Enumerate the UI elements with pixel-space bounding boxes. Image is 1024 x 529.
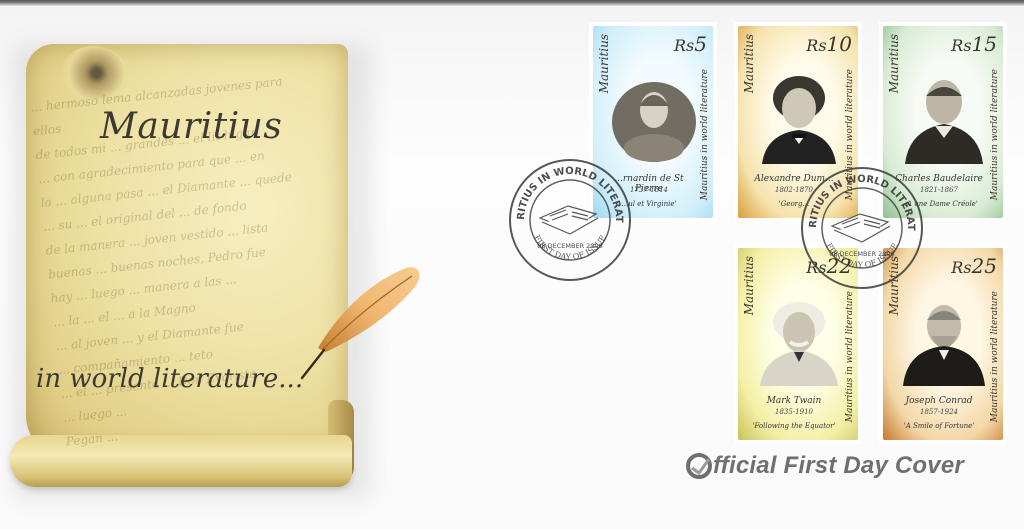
stamp-10-rupees: MauritiusRs10Mauritius in world literatu… — [734, 22, 862, 222]
stamp-artwork: MauritiusRs15Mauritius in world literatu… — [883, 26, 1003, 218]
stamp-currency: Rs — [806, 36, 826, 55]
stamp-author-years: 1835-1910 — [746, 408, 842, 416]
scroll-title: Mauritius — [100, 106, 282, 147]
fdc-title-text: fficial First Day Cover — [713, 452, 964, 480]
scroll-subtitle: in world literature... — [36, 364, 303, 394]
quill-pen-icon — [296, 262, 426, 382]
stamp-artwork: MauritiusRs10Mauritius in world literatu… — [738, 26, 858, 218]
stamp-author-years: 1857-1924 — [891, 408, 987, 416]
stamp-denomination: 22 — [827, 254, 852, 278]
stamp-25-rupees: MauritiusRs25Mauritius in world literatu… — [879, 244, 1007, 444]
stamp-side-text: Mauritius in world literature — [845, 291, 855, 422]
stamp-author-name: Charles Baudelaire — [891, 174, 987, 184]
portrait-beard-icon — [899, 286, 989, 386]
stamp-denomination: 15 — [972, 32, 997, 56]
stamp-value: Rs25 — [951, 254, 997, 278]
portrait-bald-cravat-icon — [899, 64, 989, 164]
stamp-author-years: 1737-1814 — [601, 186, 697, 194]
stamp-artwork: MauritiusRs5Mauritius in world literatur… — [593, 26, 713, 218]
stamp-5-rupees: MauritiusRs5Mauritius in world literatur… — [589, 22, 717, 222]
stamp-work-title: 'Following the Equator' — [746, 422, 842, 430]
stamp-denomination: 5 — [694, 32, 707, 56]
stamp-side-text: Mauritius in world literature — [990, 69, 1000, 200]
stamp-currency: Rs — [674, 36, 694, 55]
fdc-o-logo-icon — [686, 453, 712, 479]
stamp-side-text: Mauritius in world literature — [845, 69, 855, 200]
stamp-denomination: 25 — [972, 254, 997, 278]
official-first-day-cover-title: fficial First Day Cover — [686, 452, 964, 480]
stamp-work-title: ...A une Dame Créole' — [891, 200, 987, 208]
stamp-value: Rs5 — [674, 32, 707, 56]
stamp-15-rupees: MauritiusRs15Mauritius in world literatu… — [879, 22, 1007, 222]
stamp-value: Rs10 — [806, 32, 852, 56]
stamp-value: Rs15 — [951, 32, 997, 56]
stamp-author-name: Alexandre Dum... — [746, 174, 842, 184]
stamp-author-years: 1821-1867 — [891, 186, 987, 194]
portrait-curly-hair-icon — [754, 64, 844, 164]
stamp-author-years: 1802-1870 — [746, 186, 842, 194]
stamp-artwork: MauritiusRs25Mauritius in world literatu… — [883, 248, 1003, 440]
stamp-author-name: Joseph Conrad — [891, 396, 987, 406]
stamp-author-name: Mark Twain — [746, 396, 842, 406]
stamp-currency: Rs — [951, 36, 971, 55]
stamp-work-title: 'A Smile of Fortune' — [891, 422, 987, 430]
stamp-side-text: Mauritius in world literature — [700, 69, 710, 200]
stamp-side-text: Mauritius in world literature — [990, 291, 1000, 422]
stamp-value: Rs22 — [806, 254, 852, 278]
stamp-work-title: 'Georg... — [746, 200, 842, 208]
stamp-artwork: MauritiusRs22Mauritius in world literatu… — [738, 248, 858, 440]
stamp-currency: Rs — [951, 258, 971, 277]
stamp-denomination: 10 — [827, 32, 852, 56]
stamp-22-rupees: MauritiusRs22Mauritius in world literatu… — [734, 244, 862, 444]
portrait-white-hair-moustache-icon — [754, 286, 844, 386]
stamp-currency: Rs — [806, 258, 826, 277]
stamp-work-title: ...ul et Virginie' — [601, 200, 697, 208]
portrait-long-wig-icon — [609, 64, 699, 164]
